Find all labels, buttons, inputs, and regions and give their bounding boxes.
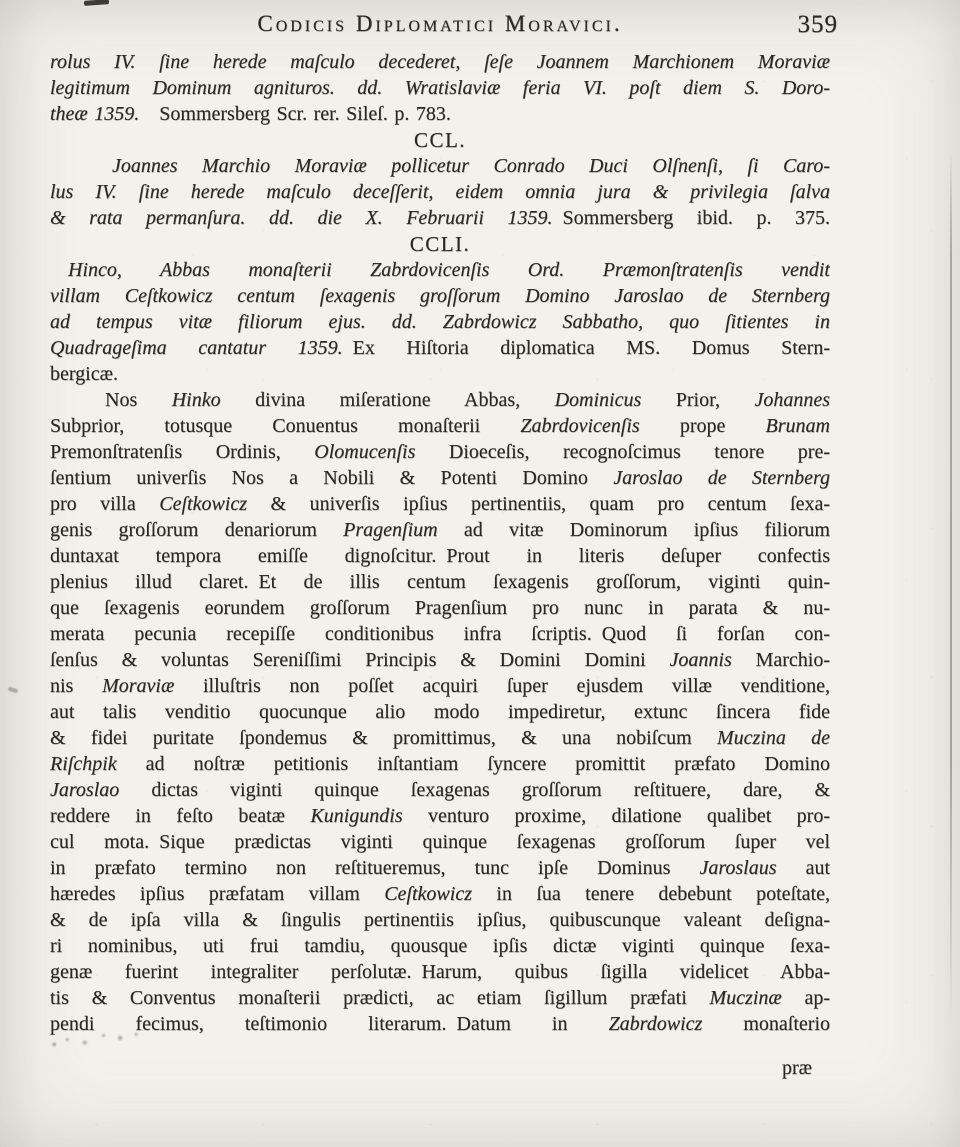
roman-text-segment: monaſterio [702,1013,830,1035]
text-body: rolus IV. ſine herede maſculo decederet,… [50,49,830,1037]
text-line: que ſexagenis eorundem groſſorum Pragenſ… [50,595,830,621]
roman-text-segment: Ex Hiſtoria diplomatica MS. Domus Stern- [343,337,830,359]
italic-text-segment: Jaroslao [50,779,119,801]
text-line: merata pecunia recepiſſe conditionibus i… [50,621,830,647]
text-line: duntaxat tempora emiſſe dignoſcitur. Pro… [50,543,830,569]
roman-text-segment: genæ fuerint integraliter perſolutæ. Har… [50,961,830,983]
roman-text-segment: divina miſeratione Abbas, [221,389,555,411]
italic-text-segment: Moraviæ [102,675,174,697]
roman-text-segment: & fidei puritate ſpondemus & promittimus… [50,727,717,749]
roman-text-segment: Sommersberg Scr. rer. Sileſ. p. 783. [139,103,451,125]
text-line: bergicæ. [50,361,830,387]
roman-text-segment: aut [777,857,830,879]
text-line: ad tempus vitæ filiorum ejus. dd. Zabrdo… [50,309,830,335]
text-line: ſenſus & voluntas Sereniſſimi Principis … [50,647,830,673]
text-line: tis & Conventus monaſterii prædicti, ac … [50,985,830,1011]
roman-text-segment: venturo proxime, dilatione qualibet pro- [403,805,830,827]
section-heading: CCLI. [50,231,830,257]
scan-edge-line-artifact [950,150,952,1020]
italic-text-segment: Olomucenſis [314,441,415,463]
roman-text-segment: Dioeceſis, recognoſcimus tenore pre- [415,441,830,463]
text-line: pro villa Ceſtkowicz & univerſis ipſius … [50,491,830,517]
roman-text-segment: hæredes ipſius præfatam villam [50,883,384,905]
italic-text-segment: Brunam [766,415,830,437]
roman-text-segment: aut talis venditio quocunque alio modo i… [50,701,830,723]
roman-text-segment: Marchio- [732,649,830,671]
roman-text-segment: ap- [782,987,830,1009]
italic-text-segment: Pragenſium [343,519,437,541]
text-line: Joannes Marchio Moraviæ pollicetur Conra… [50,153,830,179]
roman-text-segment: dictas viginti quinque ſexagenas groſſor… [119,779,830,801]
italic-text-segment: Jaroslaus [699,857,776,879]
italic-text-segment: rolus IV. ſine herede maſculo decederet,… [50,51,830,73]
italic-text-segment: theæ 1359. [50,103,139,125]
text-line: Hinco, Abbas monaſterii Zabrdovicenſis O… [50,257,830,283]
text-line: & de ipſa villa & ſingulis pertinentiis … [50,907,830,933]
italic-text-segment: ad tempus vitæ filiorum ejus. dd. Zabrdo… [50,311,830,333]
italic-text-segment: Muczinæ [710,987,782,1009]
text-line: pendi fecimus, teſtimonio literarum. Dat… [50,1011,830,1037]
italic-text-segment: Joannes Marchio Moraviæ pollicetur Conra… [112,155,830,177]
roman-text-segment: in præfato termino non reſtitueremus, tu… [50,857,699,879]
roman-text-segment: Subprior, totusque Conuentus monaſterii [50,415,520,437]
italic-text-segment: Quadrageſima cantatur 1359. [50,337,343,359]
text-line: legitimum Dominum agnituros. dd. Wratisl… [50,75,830,101]
text-line: plenius illud claret. Et de illis centum… [50,569,830,595]
ink-dash-artifact [84,0,109,6]
text-line: ri nominibus, uti frui tamdiu, quousque … [50,933,830,959]
text-line: & rata permanſura. dd. die X. Februarii … [50,205,830,231]
text-line: aut talis venditio quocunque alio modo i… [50,699,830,725]
margin-speck-artifact [8,687,19,694]
text-line: cul mota. Sique prædictas viginti quinqu… [50,829,830,855]
text-line: & fidei puritate ſpondemus & promittimus… [50,725,830,751]
text-line: nis Moraviæ illuſtris non poſſet acquiri… [50,673,830,699]
roman-text-segment: duntaxat tempora emiſſe dignoſcitur. Pro… [50,545,830,567]
roman-text-segment: illuſtris non poſſet acquiri ſuper ejusd… [174,675,830,697]
roman-text-segment: CCL. [414,128,466,152]
italic-text-segment: Ceſtkowicz [384,883,472,905]
scanned-book-page: Codicis Diplomatici Moravici. 359 rolus … [0,0,960,1147]
roman-text-segment: pro villa [50,493,159,515]
roman-text-segment: bergicæ. [50,363,118,385]
text-line: Premonſtratenſis Ordinis, Olomucenſis Di… [50,439,830,465]
text-line: Jaroslao dictas viginti quinque ſexagena… [50,777,830,803]
italic-text-segment: Zabrdovicenſis [520,415,639,437]
running-title: Codicis Diplomatici Moravici. [50,11,830,37]
italic-text-segment: Joannis [670,649,732,671]
text-line: hæredes ipſius præfatam villam Ceſtkowic… [50,881,830,907]
text-line: Quadrageſima cantatur 1359. Ex Hiſtoria … [50,335,830,361]
roman-text-segment: Sommersberg ibid. p. 375. [553,207,830,229]
italic-text-segment: Jaroslao de Sternberg [613,467,830,489]
text-line: genis groſſorum denariorum Pragenſium ad… [50,517,830,543]
italic-text-segment: Zabrdowicz [609,1013,703,1035]
roman-text-segment: ri nominibus, uti frui tamdiu, quousque … [50,935,830,957]
roman-text-segment: ad noſtræ petitionis inſtantiam ſyncere … [117,753,830,775]
roman-text-segment: ad vitæ Dominorum ipſius filiorum [438,519,830,541]
roman-text-segment: in ſua tenere debebunt poteſtate, [472,883,830,905]
roman-text-segment: CCLI. [410,232,471,256]
roman-text-segment: que ſexagenis eorundem groſſorum Pragenſ… [50,597,830,619]
italic-text-segment: Dominicus [555,389,642,411]
text-line: Subprior, totusque Conuentus monaſterii … [50,413,830,439]
page-header: Codicis Diplomatici Moravici. 359 [50,11,830,41]
roman-text-segment: cul mota. Sique prædictas viginti quinqu… [50,831,830,853]
roman-text-segment: ſentium univerſis Nos a Nobili & Potenti… [50,467,613,489]
roman-text-segment: tis & Conventus monaſterii prædicti, ac … [50,987,710,1009]
text-line: rolus IV. ſine herede maſculo decederet,… [50,49,830,75]
text-line: Nos Hinko divina miſeratione Abbas, Domi… [50,387,830,413]
text-line: lus IV. ſine herede maſculo deceſſerit, … [50,179,830,205]
roman-text-segment: reddere in feſto beatæ [50,805,310,827]
roman-text-segment: merata pecunia recepiſſe conditionibus i… [50,623,830,645]
italic-text-segment: Ceſtkowicz [159,493,247,515]
text-line: in præfato termino non reſtitueremus, tu… [50,855,830,881]
italic-text-segment: Riſchpik [50,753,117,775]
italic-text-segment: & rata permanſura. dd. die X. Februarii … [50,207,553,229]
text-line: ſentium univerſis Nos a Nobili & Potenti… [50,465,830,491]
text-line: Riſchpik ad noſtræ petitionis inſtantiam… [50,751,830,777]
italic-text-segment: Johannes [754,389,830,411]
text-line: genæ fuerint integraliter perſolutæ. Har… [50,959,830,985]
italic-text-segment: villam Ceſtkowicz centum ſexagenis groſſ… [50,285,830,307]
italic-text-segment: Kunigundis [310,805,402,827]
italic-text-segment: lus IV. ſine herede maſculo deceſſerit, … [50,181,830,203]
italic-text-segment: Hinko [172,389,221,411]
roman-text-segment: Nos [105,389,172,411]
roman-text-segment: Premonſtratenſis Ordinis, [50,441,314,463]
text-line: reddere in feſto beatæ Kunigundis ventur… [50,803,830,829]
catchword: præ [50,1057,812,1080]
roman-text-segment: & de ipſa villa & ſingulis pertinentiis … [50,909,830,931]
page-number: 359 [798,11,839,39]
roman-text-segment: nis [50,675,102,697]
text-line: villam Ceſtkowicz centum ſexagenis groſſ… [50,283,830,309]
roman-text-segment: & univerſis ipſius pertinentiis, quam pr… [247,493,830,515]
roman-text-segment: prope [640,415,766,437]
text-line: theæ 1359. Sommersberg Scr. rer. Sileſ. … [50,101,830,127]
italic-text-segment: Hinco, Abbas monaſterii Zabrdovicenſis O… [68,259,830,281]
italic-text-segment: legitimum Dominum agnituros. dd. Wratisl… [50,77,830,99]
italic-text-segment: Muczina de [717,727,830,749]
roman-text-segment: genis groſſorum denariorum [50,519,343,541]
roman-text-segment: ſenſus & voluntas Sereniſſimi Principis … [50,649,670,671]
section-heading: CCL. [50,127,830,153]
roman-text-segment: plenius illud claret. Et de illis centum… [50,571,830,593]
roman-text-segment: Prior, [641,389,754,411]
